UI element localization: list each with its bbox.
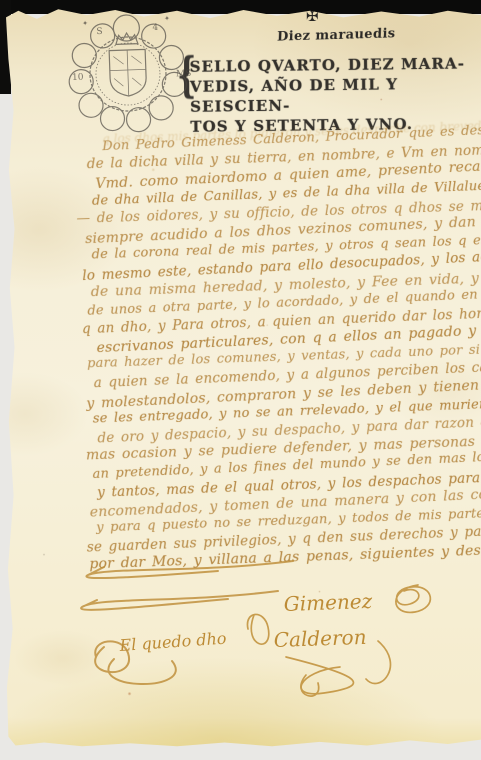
closing-mark-text: El quedo dho <box>118 629 227 655</box>
manuscript-body: Don Pedro Gimeness Calderon, Procurador … <box>72 124 481 574</box>
diez-maravedis-note: Diez marauedis <box>277 26 396 44</box>
stamp-letter-ms: MS <box>176 69 192 80</box>
seal-heading-line1: SELLO QVARTO, DIEZ MARA- <box>190 53 481 77</box>
signature-surname-1: Gimenez <box>283 589 373 616</box>
seal-heading-line2: VEDIS, AÑO DE MIL Y SEISCIEN- <box>190 73 481 117</box>
stamp-letter-4: 4 <box>152 23 158 33</box>
royal-seal-stamp-icon: S 4 10 MS ✦ ✦ <box>62 10 194 140</box>
signature-surname-2: Calderon <box>273 625 367 652</box>
svg-text:✦: ✦ <box>164 15 170 23</box>
stamp-letter-10: 10 <box>72 73 84 83</box>
signature-gimenez-calderon: Gimenez Calderon <box>228 575 448 707</box>
manuscript-paper-sheet: ✠ Diez marauedis { SELLO QVARTO, DIEZ MA… <box>6 7 481 747</box>
stamp-letter-s: S <box>96 27 103 37</box>
svg-text:✦: ✦ <box>82 19 88 27</box>
